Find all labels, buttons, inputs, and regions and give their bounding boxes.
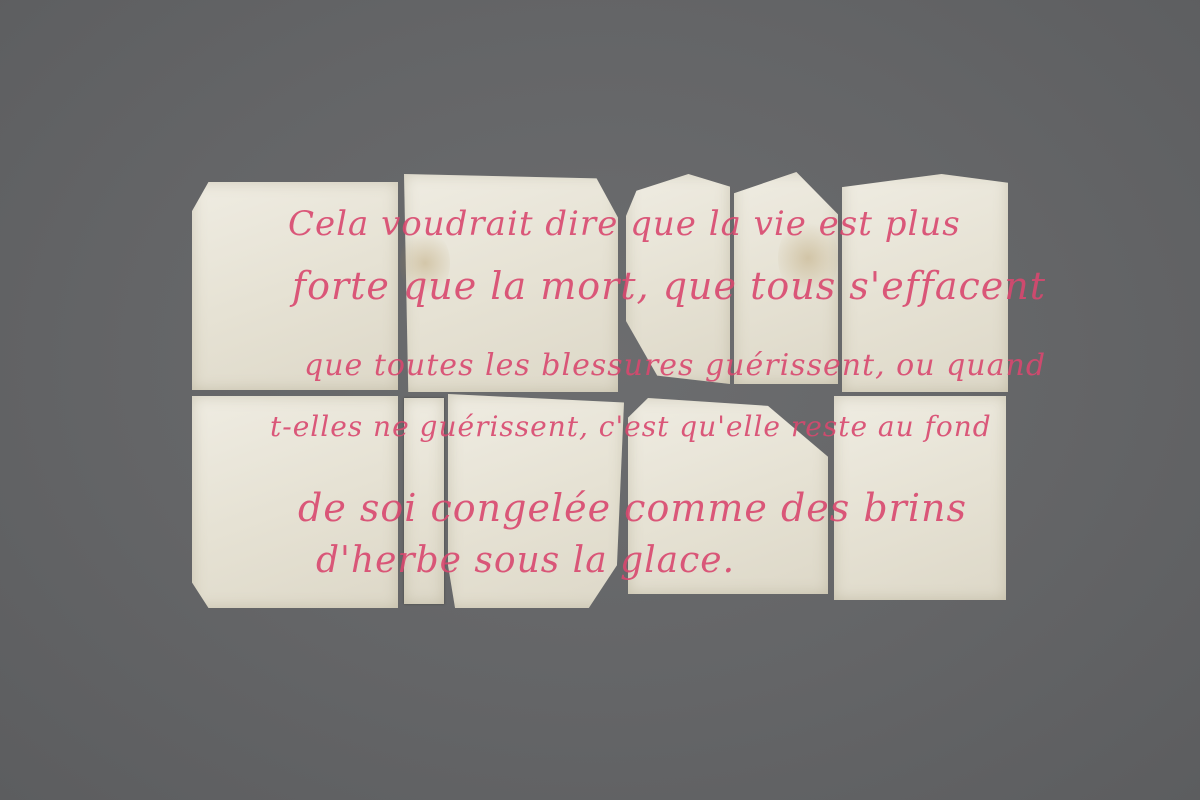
handwritten-line-1: Cela voudrait dire que la vie est plus [288,204,961,244]
handwritten-line-6: d'herbe sous la glace. [316,540,735,581]
letter-fragments: Cela voudrait dire que la vie est plus f… [188,168,1012,612]
handwritten-line-2: forte que la mort, que tous s'effacent [292,264,1046,308]
handwritten-line-4: t-elles ne guérissent, c'est qu'elle res… [270,410,992,443]
handwritten-line-3: que toutes les blessures guérissent, ou … [304,348,1046,383]
handwritten-line-5: de soi congelée comme des brins [298,486,967,530]
